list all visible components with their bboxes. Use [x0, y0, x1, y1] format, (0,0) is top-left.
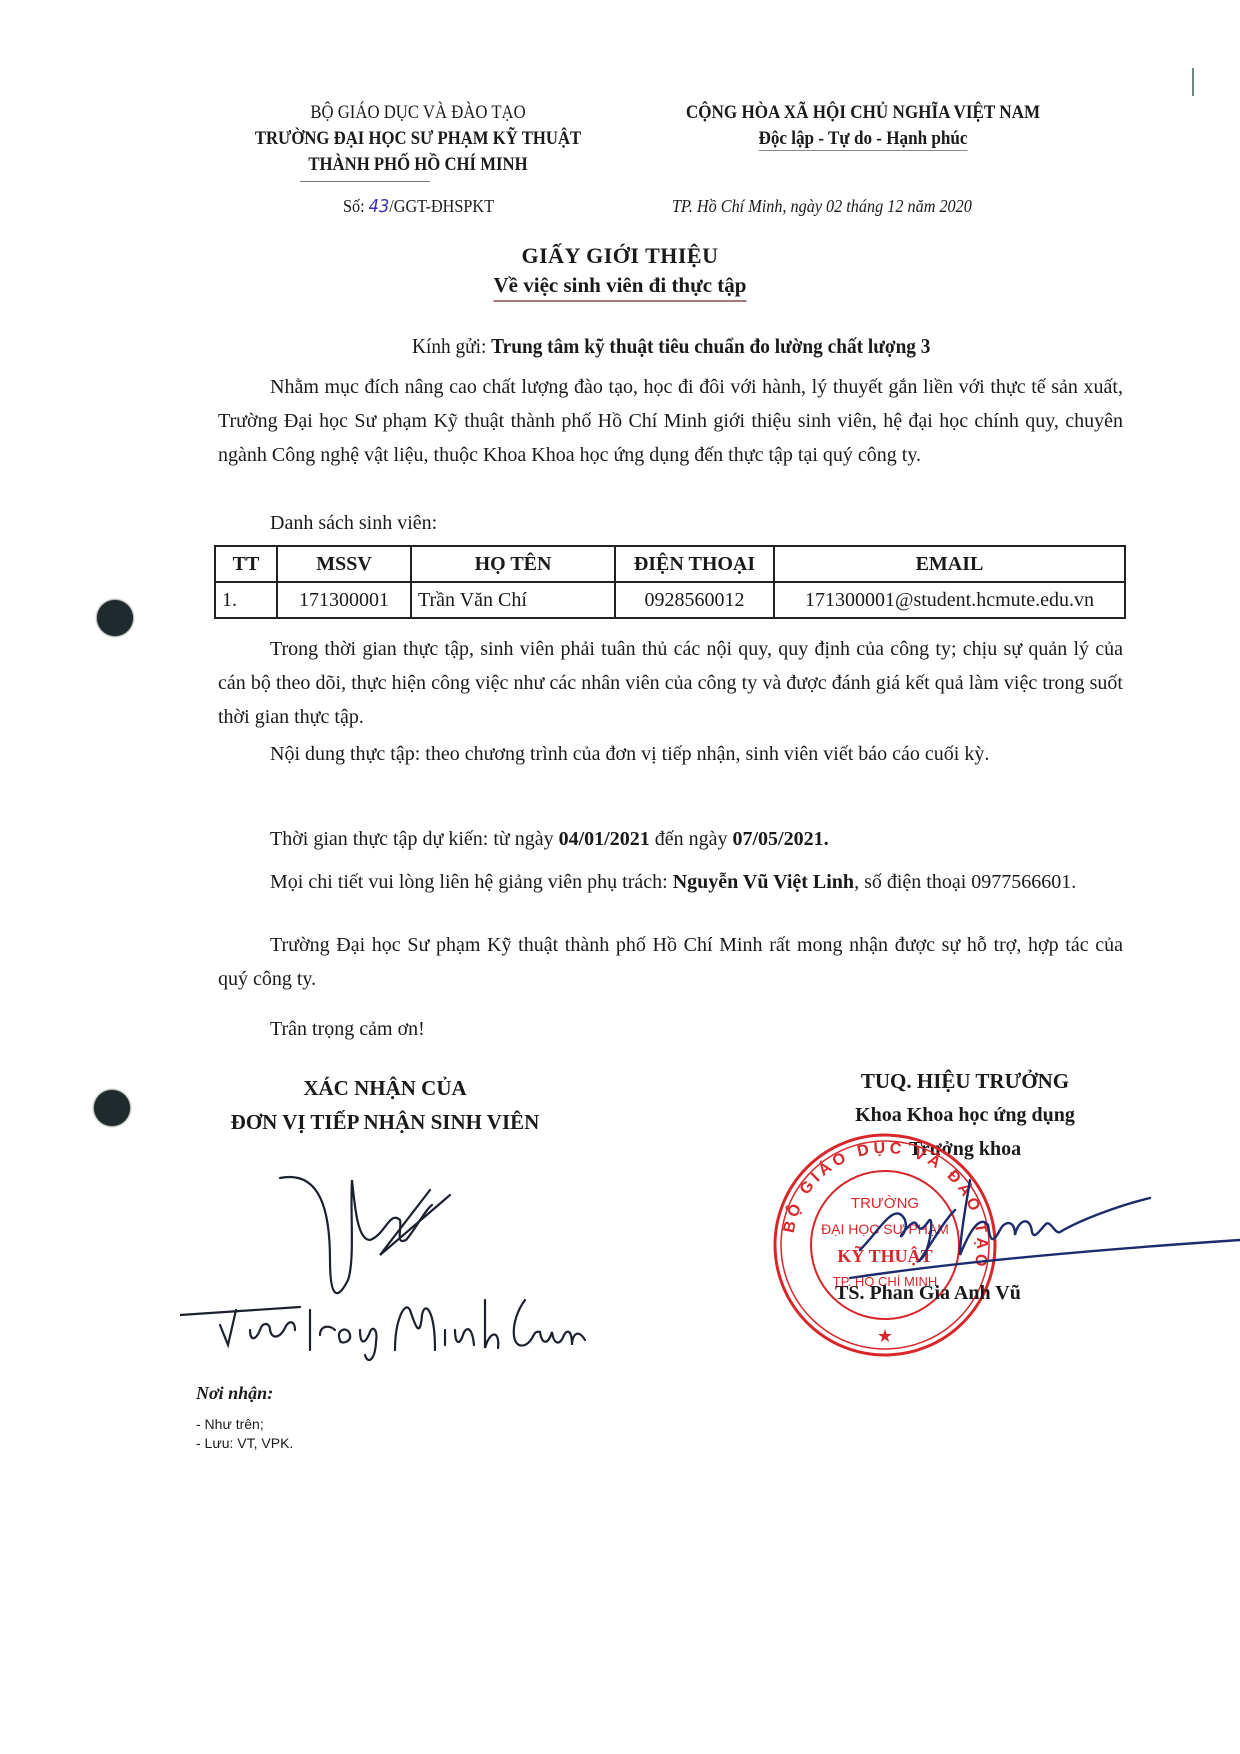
- contact-paragraph: Mọi chi tiết vui lòng liên hệ giảng viên…: [218, 865, 1123, 899]
- col-tt: TT: [215, 546, 277, 582]
- thanks-paragraph: Trân trọng cảm ơn!: [218, 1012, 1123, 1046]
- receiver-signature-icon: [180, 1150, 600, 1370]
- doc-number-prefix: Số:: [343, 196, 369, 216]
- period-mid: đến ngày: [650, 828, 733, 850]
- distribution-list: - Như trên; - Lưu: VT, VPK.: [196, 1415, 293, 1453]
- period-prefix: Thời gian thực tập dự kiến: từ ngày: [270, 828, 559, 850]
- cell-ho-ten: Trần Văn Chí: [411, 582, 615, 618]
- document-number: Số: 43/GGT-ĐHSPKT: [343, 196, 494, 217]
- recipient: Kính gửi: Trung tâm kỹ thuật tiêu chuẩn …: [412, 334, 930, 359]
- subtitle-text: Về việc sinh viên đi thực tập: [494, 273, 747, 297]
- students-table: TT MSSV HỌ TÊN ĐIỆN THOẠI EMAIL 1. 17130…: [214, 545, 1126, 619]
- contact-prefix: Mọi chi tiết vui lòng liên hệ giảng viên…: [270, 871, 673, 893]
- document-subtitle: Về việc sinh viên đi thực tập: [0, 273, 1240, 298]
- svg-text:★: ★: [877, 1326, 893, 1346]
- closing-paragraph: Trường Đại học Sư phạm Kỹ thuật thành ph…: [218, 928, 1123, 996]
- nation-motto: Độc lập - Tự do - Hạnh phúc: [665, 126, 1061, 152]
- issuer-block: BỘ GIÁO DỤC VÀ ĐÀO TẠO TRƯỜNG ĐẠI HỌC SƯ…: [220, 100, 616, 178]
- principal-signer-name: TS. Phan Gia Anh Vũ: [835, 1282, 1021, 1305]
- intro-text: Nhằm mục đích nâng cao chất lượng đào tạ…: [218, 376, 1123, 466]
- issuer-divider: [300, 181, 430, 182]
- distribution-item: - Như trên;: [196, 1415, 293, 1434]
- rules-text: Trong thời gian thực tập, sinh viên phải…: [218, 638, 1123, 728]
- rules-paragraph: Trong thời gian thực tập, sinh viên phải…: [218, 632, 1123, 734]
- intro-paragraph: Nhằm mục đích nâng cao chất lượng đào tạ…: [218, 370, 1123, 472]
- content-paragraph: Nội dung thực tập: theo chương trình của…: [218, 737, 1123, 771]
- table-header-row: TT MSSV HỌ TÊN ĐIỆN THOẠI EMAIL: [215, 546, 1125, 582]
- receiver-confirmation: XÁC NHẬN CỦA ĐƠN VỊ TIẾP NHẬN SINH VIÊN: [150, 1071, 620, 1139]
- school-name-line1: TRƯỜNG ĐẠI HỌC SƯ PHẠM KỸ THUẬT: [220, 126, 616, 152]
- closing-text: Trường Đại học Sư phạm Kỹ thuật thành ph…: [218, 934, 1123, 990]
- contact-suffix: , số điện thoại 0977566601.: [854, 871, 1076, 893]
- receiver-line1: XÁC NHẬN CỦA: [150, 1071, 620, 1105]
- period-start: 04/01/2021: [559, 828, 650, 850]
- thanks-text: Trân trọng cảm ơn!: [270, 1018, 425, 1040]
- contact-name: Nguyễn Vũ Việt Linh: [673, 871, 854, 893]
- recipient-label: Kính gửi:: [412, 334, 491, 358]
- school-name-line2: THÀNH PHỐ HỒ CHÍ MINH: [220, 152, 616, 178]
- doc-number-suffix: /GGT-ĐHSPKT: [389, 196, 494, 216]
- punch-hole-icon: [97, 600, 133, 636]
- col-dien-thoai: ĐIỆN THOẠI: [615, 546, 774, 582]
- cell-tt: 1.: [215, 582, 277, 618]
- ministry-name: BỘ GIÁO DỤC VÀ ĐÀO TẠO: [220, 100, 616, 126]
- cell-email: 171300001@student.hcmute.edu.vn: [774, 582, 1125, 618]
- authorization-line1: TUQ. HIỆU TRƯỞNG: [760, 1064, 1170, 1098]
- nation-name: CỘNG HÒA XÃ HỘI CHỦ NGHĨA VIỆT NAM: [665, 100, 1061, 126]
- student-list-label: Danh sách sinh viên:: [218, 506, 1123, 540]
- recipient-name: Trung tâm kỹ thuật tiêu chuẩn đo lường c…: [491, 334, 930, 358]
- period-end: 07/05/2021.: [732, 828, 828, 850]
- doc-number-handwritten: 43: [369, 196, 390, 217]
- document-title: GIẤY GIỚI THIỆU: [0, 243, 1240, 269]
- period-paragraph: Thời gian thực tập dự kiến: từ ngày 04/0…: [218, 822, 1123, 856]
- punch-hole-icon: [94, 1090, 130, 1126]
- principal-signature-icon: [820, 1160, 1240, 1280]
- scan-edge-mark: [1192, 68, 1194, 96]
- col-email: EMAIL: [774, 546, 1125, 582]
- authorization-line2: Khoa Khoa học ứng dụng: [760, 1098, 1170, 1132]
- distribution-item: - Lưu: VT, VPK.: [196, 1434, 293, 1453]
- col-mssv: MSSV: [277, 546, 411, 582]
- distribution-label: Nơi nhận:: [196, 1383, 273, 1404]
- table-row: 1. 171300001 Trần Văn Chí 0928560012 171…: [215, 582, 1125, 618]
- receiver-line2: ĐƠN VỊ TIẾP NHẬN SINH VIÊN: [150, 1105, 620, 1139]
- cell-dien-thoai: 0928560012: [615, 582, 774, 618]
- content-text: Nội dung thực tập: theo chương trình của…: [270, 743, 989, 765]
- place-date: TP. Hồ Chí Minh, ngày 02 tháng 12 năm 20…: [672, 196, 972, 217]
- cell-mssv: 171300001: [277, 582, 411, 618]
- list-label-text: Danh sách sinh viên:: [270, 512, 437, 534]
- nation-block: CỘNG HÒA XÃ HỘI CHỦ NGHĨA VIỆT NAM Độc l…: [665, 100, 1061, 152]
- col-ho-ten: HỌ TÊN: [411, 546, 615, 582]
